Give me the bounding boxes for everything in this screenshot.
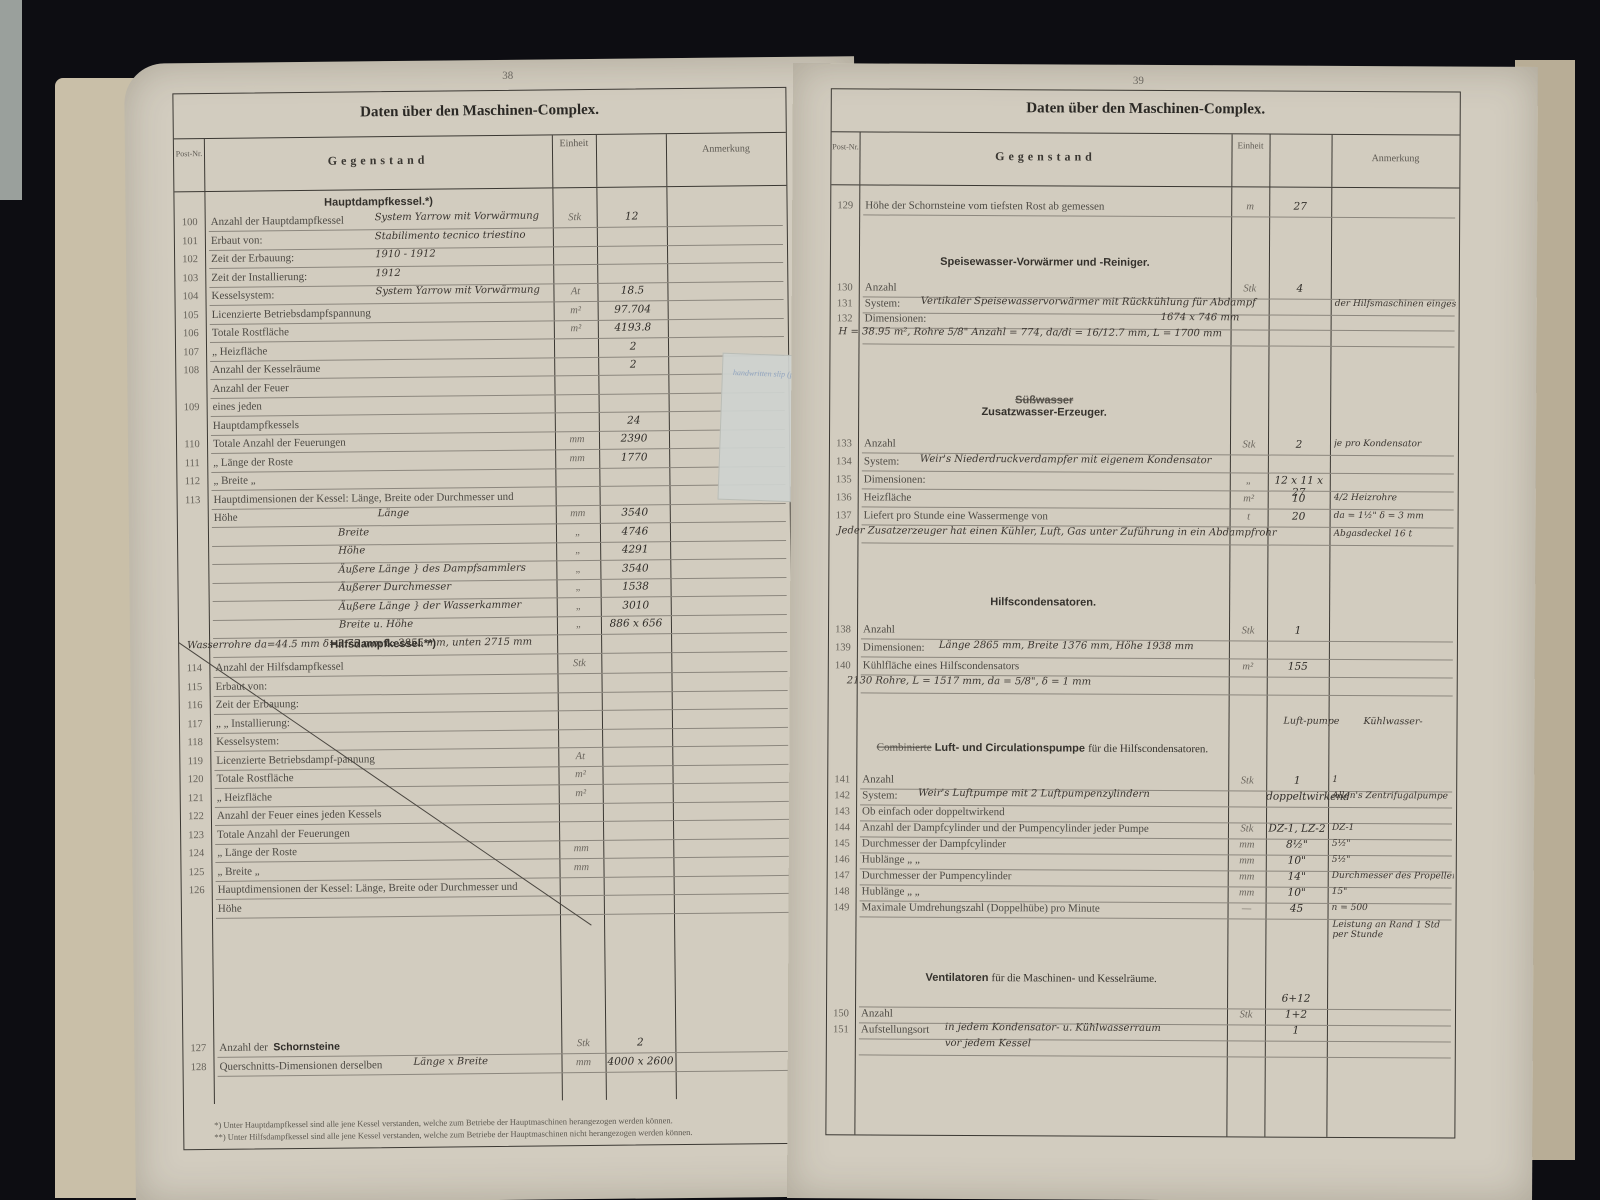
- unit-value: mm: [555, 434, 599, 445]
- post-number: 133: [830, 438, 858, 449]
- post-number: 144: [828, 822, 856, 833]
- unit-value: m²: [558, 769, 602, 780]
- item-label: eines jeden: [213, 400, 262, 413]
- handwritten-entry: Breite u. Höhe: [339, 619, 413, 631]
- unit-value: mm: [1228, 855, 1266, 866]
- entry-value: doppeltwirkend: [1266, 791, 1328, 803]
- remark-value: Abgasdeckel 16 t: [1333, 529, 1455, 540]
- item-label: Ob einfach oder doppeltwirkend: [862, 805, 1005, 818]
- item-label: Zeit der Erbauung:: [216, 698, 299, 711]
- handwritten-entry: Vertikaler Speisewasservorwärmer mit Rüc…: [921, 295, 1256, 308]
- entry-value: 8½": [1266, 839, 1328, 851]
- form-title: Daten über den Maschinen-Complex.: [832, 99, 1460, 119]
- post-number: 102: [175, 254, 205, 265]
- handwritten-entry: Äußerer Durchmesser: [338, 581, 451, 593]
- row-rule: [863, 343, 1455, 347]
- item-label: Heizfläche: [864, 491, 912, 503]
- handwritten-entry: 2130 Rohre, L = 1517 mm, da = 5/8", δ = …: [847, 675, 1091, 687]
- pump-col-kuehlwasser: Kühlwasser-: [1364, 716, 1423, 727]
- item-label: Dimensionen:: [863, 641, 925, 653]
- row-rule: [216, 911, 790, 918]
- post-number: 142: [828, 790, 856, 801]
- section-zusatzwasser: SüßwasserZusatzwasser-Erzeuger.: [858, 393, 1230, 419]
- post-number: 130: [831, 282, 859, 293]
- post-number: 125: [181, 866, 211, 877]
- item-label: Aufstellungsort: [861, 1023, 930, 1035]
- handwritten-entry: Breite: [338, 527, 369, 538]
- post-number: 145: [828, 838, 856, 849]
- post-number: 123: [181, 829, 211, 840]
- post-number: 100: [175, 217, 205, 228]
- handwritten-entry: Höhe: [338, 545, 365, 556]
- struck-text: Süßwasser: [1015, 394, 1073, 406]
- header-einheit: Einheit: [552, 138, 596, 149]
- post-number: 115: [180, 681, 210, 692]
- post-number: 124: [181, 848, 211, 859]
- post-number: 107: [176, 347, 206, 358]
- section-ventilatoren: Ventilatoren für die Maschinen- und Kess…: [855, 971, 1227, 985]
- entry-value: 3010: [601, 599, 671, 612]
- unit-value: „: [1230, 475, 1268, 486]
- entry-value: 2: [598, 358, 668, 371]
- item-label: Anzahl: [864, 437, 896, 449]
- item-label: Querschnitts-Dimensionen derselben: [219, 1059, 382, 1073]
- table-header: Post-Nr. Gegenstand Einheit Anmerkung: [174, 132, 787, 192]
- handwritten-entry: Länge x Breite: [413, 1056, 488, 1068]
- table-body: Hauptdampfkessel.*) 100Anzahl der Hauptd…: [174, 186, 796, 1104]
- item-label: Höhe der Schornsteine vom tiefsten Rost …: [865, 199, 1104, 212]
- form-frame: Daten über den Maschinen-Complex. Post-N…: [825, 88, 1460, 1138]
- post-number: 103: [175, 273, 205, 284]
- item-label: Hauptdampfkessels: [213, 419, 299, 432]
- page-number: 38: [502, 70, 513, 82]
- section-title: Luft- und Circulationspumpe: [935, 742, 1085, 755]
- entry-value: 2: [1268, 439, 1330, 451]
- form-title: Daten über den Maschinen-Complex.: [173, 100, 785, 123]
- row-rule: [859, 1054, 1451, 1058]
- section-pumpe: Combinierte Luft- und Circulationspumpe …: [856, 741, 1228, 755]
- entry-value: DZ-1, LZ-2: [1266, 823, 1328, 835]
- post-number: 141: [828, 774, 856, 785]
- post-number: 146: [828, 854, 856, 865]
- entry-value: 155: [1267, 661, 1329, 673]
- header-anmerkung: Anmerkung: [1331, 153, 1459, 165]
- item-label: Maximale Umdrehungszahl (Doppelhübe) pro…: [862, 901, 1100, 914]
- post-number: 114: [179, 663, 209, 674]
- post-number: 129: [831, 200, 859, 211]
- item-label: Hublänge „ „: [862, 853, 920, 865]
- remark-value: je pro Kondensator: [1334, 439, 1456, 450]
- entry-value: 10": [1266, 887, 1328, 899]
- handwritten-entry: Weir's Niederdruckverdampfer mit eigenem…: [920, 454, 1212, 467]
- entry-value: 1: [1265, 1025, 1327, 1037]
- post-number: 131: [831, 298, 859, 309]
- post-number: 148: [828, 886, 856, 897]
- unit-value: Stk: [1229, 625, 1267, 636]
- section-speisewasser: Speisewasser-Vorwärmer und -Reiniger.: [859, 255, 1231, 269]
- post-number: 140: [829, 660, 857, 671]
- unit-value: Stk: [557, 658, 601, 669]
- table-row: 2130 Rohre, L = 1517 mm, da = 5/8", δ = …: [829, 675, 1457, 696]
- item-label: Zeit der Installierung:: [211, 270, 307, 283]
- post-number: 118: [180, 737, 210, 748]
- unit-value: mm: [1228, 839, 1266, 850]
- unit-value: —: [1228, 903, 1266, 914]
- item-label: Hublänge „ „: [862, 885, 920, 897]
- remark-value: 15": [1332, 887, 1454, 898]
- entry-value: 4746: [600, 525, 670, 538]
- remark-value: da = 1½" δ = 3 mm: [1334, 511, 1456, 522]
- post-number: 104: [175, 291, 205, 302]
- post-number: 127: [183, 1043, 213, 1054]
- handwritten-entry: in jedem Kondensator- u. Kühlwasserraum: [945, 1022, 1161, 1034]
- entry-value: 10: [1268, 493, 1330, 505]
- section-title: Ventilatoren: [926, 972, 989, 984]
- post-number: 150: [827, 1008, 855, 1019]
- unit-value: m²: [554, 323, 598, 334]
- section-title: Speisewasser-Vorwärmer und -Reiniger.: [940, 256, 1150, 269]
- item-label: Anzahl: [865, 281, 897, 293]
- post-number: 101: [175, 236, 205, 247]
- handwritten-entry: Weir's Luftpumpe mit 2 Luftpumpenzylinde…: [918, 788, 1150, 800]
- unit-value: At: [558, 750, 602, 761]
- item-label: Kesselsystem:: [211, 289, 274, 302]
- item-label: Zeit der Erbauung:: [211, 252, 294, 265]
- entry-value: 1538: [600, 580, 670, 593]
- unit-value: Stk: [1228, 775, 1266, 786]
- unit-value: „: [557, 600, 601, 611]
- post-number: 147: [828, 870, 856, 881]
- table-row: 129Höhe der Schornsteine vom tiefsten Ro…: [831, 197, 1459, 218]
- entry-value: 20: [1268, 511, 1330, 523]
- handwritten-entry: System Yarrow mit Vorwärmung: [375, 285, 539, 298]
- item-label: Anzahl: [862, 773, 894, 785]
- header-post-nr: Post-Nr.: [832, 142, 860, 151]
- entry-value: 1: [1267, 625, 1329, 637]
- unit-value: mm: [555, 452, 599, 463]
- handwritten-entry: 1912: [375, 267, 401, 278]
- remark-value: 1: [1332, 775, 1454, 786]
- unit-value: mm: [1228, 887, 1266, 898]
- post-number: 126: [182, 885, 212, 896]
- section-title: Hilfscondensatoren.: [990, 596, 1096, 609]
- unit-value: Stk: [561, 1038, 605, 1049]
- section-title: Zusatzwasser-Erzeuger.: [981, 406, 1106, 419]
- entry-value: 24: [599, 414, 669, 427]
- unit-value: „: [557, 582, 601, 593]
- post-number: 121: [181, 792, 211, 803]
- unit-value: Stk: [1228, 823, 1266, 834]
- entry-value: 45: [1266, 903, 1328, 915]
- remark-value: Durchmesser des Propellers: [1332, 871, 1454, 882]
- section-hilfscondensatoren: Hilfscondensatoren.: [857, 595, 1229, 609]
- item-label: Erbaut von:: [211, 234, 263, 247]
- entry-value: 10": [1266, 855, 1328, 867]
- entry-value: 1: [1266, 775, 1328, 787]
- overflow-remark: Leistung an Rand 1 Std per Stunde: [1332, 920, 1452, 941]
- item-label-bold: Schornsteine: [273, 1041, 340, 1054]
- post-number: 111: [177, 458, 207, 469]
- table-row: vor jedem Kessel: [827, 1037, 1455, 1058]
- item-label: Totale Rostfläche: [212, 326, 289, 339]
- item-label: Totale Anzahl der Feuerungen: [217, 827, 350, 840]
- handwritten-entry: vor jedem Kessel: [945, 1038, 1031, 1049]
- remark-value: der Hilfsmaschinen eingespeist: [1335, 298, 1457, 309]
- post-number: 135: [830, 474, 858, 485]
- header-anmerkung: Anmerkung: [666, 143, 786, 155]
- row-rule: [863, 214, 1455, 218]
- post-number: 116: [180, 700, 210, 711]
- post-number: 149: [828, 902, 856, 913]
- item-label: Höhe: [218, 902, 242, 914]
- unit-value: m: [1231, 201, 1269, 212]
- item-label: System:: [865, 297, 901, 309]
- item-label: Totale Anzahl der Feuerungen: [213, 437, 346, 450]
- unit-value: „: [556, 563, 600, 574]
- handwritten-entry: Stabilimento tecnico triestino: [375, 229, 526, 242]
- item-label: Durchmesser der Pumpencylinder: [862, 869, 1012, 882]
- item-label: Totale Rostfläche: [216, 772, 293, 785]
- entry-value: 886 x 656: [601, 617, 671, 630]
- unit-value: Stk: [1227, 1009, 1265, 1020]
- entry-value: 1770: [599, 451, 669, 464]
- entry-value: 4000 x 2600: [605, 1055, 675, 1068]
- pump-col-luft: Luft-pumpe: [1284, 716, 1340, 727]
- handwritten-entry: H = 38.95 m², Rohre 5/8" Anzahl = 774, d…: [839, 326, 1223, 339]
- post-number: 137: [830, 510, 858, 521]
- unit-value: m²: [1230, 493, 1268, 504]
- item-label: Liefert pro Stunde eine Wassermenge von: [864, 509, 1048, 522]
- unit-value: m²: [1229, 661, 1267, 672]
- entry-value: 2: [598, 340, 668, 353]
- item-label: Dimensionen:: [865, 312, 927, 324]
- item-label: Anzahl der Hilfsdampfkessel: [215, 661, 343, 674]
- unit-value: „: [557, 619, 601, 630]
- post-number: 143: [828, 806, 856, 817]
- entry-value: 18.5: [597, 284, 667, 297]
- header-einheit: Einheit: [1232, 140, 1270, 150]
- post-number: 139: [829, 642, 857, 653]
- item-label: Hauptdimensionen der Kessel: Länge, Brei…: [214, 490, 514, 505]
- item-label: Anzahl der Hauptdampfkessel: [211, 215, 344, 228]
- remark-value: DZ-1: [1332, 823, 1454, 834]
- post-number: 128: [184, 1061, 214, 1072]
- entry-value: 12: [597, 210, 667, 223]
- item-label: „ Länge der Roste: [213, 456, 293, 469]
- left-page: 38 Daten über den Maschinen-Complex. Pos…: [124, 56, 866, 1200]
- unit-value: Stk: [1230, 439, 1268, 450]
- table-row: H = 38.95 m², Rohre 5/8" Anzahl = 774, d…: [831, 326, 1459, 347]
- item-label: Kesselsystem:: [216, 735, 279, 748]
- item-label: „ Breite „: [213, 474, 255, 486]
- item-label: Kühlfläche eines Hilfscondensators: [863, 659, 1019, 672]
- footnotes: *) Unter Hauptdampfkessel sind alle jene…: [214, 1113, 786, 1143]
- remark-value: 5½": [1332, 855, 1454, 866]
- post-number: 120: [180, 774, 210, 785]
- form-frame: Daten über den Maschinen-Complex. Post-N…: [172, 87, 797, 1150]
- item-label: „ Breite „: [217, 865, 259, 877]
- item-label: „ Länge der Roste: [217, 846, 297, 859]
- item-label: Licenzierte Betriebsdampfspannung: [212, 307, 371, 321]
- remark-value: Allen's Zentrifugalpumpe: [1332, 791, 1454, 802]
- handwritten-entry: Länge 2865 mm, Breite 1376 mm, Höhe 1938…: [939, 640, 1194, 652]
- entry-value: 27: [1269, 201, 1331, 213]
- item-label: Höhe: [214, 512, 238, 524]
- unit-value: mm: [561, 1056, 605, 1067]
- row-rule: [861, 542, 1453, 546]
- item-label: Anzahl der Kesselräume: [212, 363, 320, 376]
- entry-value: 97.704: [598, 303, 668, 316]
- handwritten-entry: Äußere Länge } des Dampfsammlers: [338, 562, 526, 575]
- unit-value: mm: [559, 843, 603, 854]
- item-label: Anzahl der Feuer eines jeden Kessels: [217, 808, 382, 822]
- handwritten-entry: Länge: [378, 508, 409, 519]
- right-page: 39 Daten über den Maschinen-Complex. Pos…: [787, 63, 1538, 1200]
- item-label: „ Heizfläche: [217, 791, 272, 804]
- post-number: 112: [177, 476, 207, 487]
- header-gegenstand: Gegenstand: [204, 151, 552, 170]
- unit-value: t: [1230, 511, 1268, 522]
- post-number: 113: [178, 495, 208, 506]
- remark-value: n = 500: [1332, 903, 1454, 914]
- unit-value: mm: [556, 508, 600, 519]
- entry-value: 2: [605, 1036, 675, 1049]
- header-post-nr: Post-Nr.: [174, 149, 204, 158]
- handwritten-entry: System Yarrow mit Vorwärmung: [375, 211, 539, 224]
- post-number: 138: [829, 624, 857, 635]
- post-number: 134: [830, 456, 858, 467]
- item-label: System:: [862, 789, 898, 801]
- remark-value: 5½": [1332, 839, 1454, 850]
- item-label: „ Heizfläche: [212, 345, 267, 358]
- item-label: Anzahl: [863, 623, 895, 635]
- unit-value: At: [553, 286, 597, 297]
- section-subtitle: für die Hilfscondensatoren.: [1088, 743, 1208, 756]
- row-rule: [861, 692, 1453, 696]
- post-number: 136: [830, 492, 858, 503]
- entry-value: 4291: [600, 543, 670, 556]
- section-subtitle: für die Maschinen- und Kesselräume.: [992, 972, 1157, 985]
- open-book: 38 Daten über den Maschinen-Complex. Pos…: [55, 60, 1575, 1200]
- item-label: „ „ Installierung:: [216, 717, 290, 730]
- unit-value: „: [556, 545, 600, 556]
- item-label: Anzahl der Feuer: [212, 382, 288, 395]
- table-body: 129Höhe der Schornsteine vom tiefsten Ro…: [826, 185, 1459, 1137]
- table-row: 149Maximale Umdrehungszahl (Doppelhübe) …: [828, 899, 1456, 920]
- unit-value: Stk: [1231, 283, 1269, 294]
- unit-value: m²: [554, 304, 598, 315]
- table-row: Jeder Zusatzerzeuger hat einen Kühler, L…: [829, 525, 1457, 546]
- post-number: 132: [831, 313, 859, 324]
- item-label: Durchmesser der Dampfcylinder: [862, 837, 1006, 850]
- entry-value: 3540: [600, 506, 670, 519]
- entry-value: 4: [1269, 283, 1331, 295]
- unit-value: m²: [559, 787, 603, 798]
- item-label: Hauptdimensionen der Kessel: Länge, Brei…: [218, 881, 518, 896]
- handwritten-entry: Jeder Zusatzerzeuger hat einen Kühler, L…: [837, 525, 1276, 538]
- item-label: Anzahl der: [219, 1041, 268, 1054]
- page-number: 39: [1133, 75, 1144, 87]
- entry-value: 2390: [599, 432, 669, 445]
- entry-value: 1+2: [1265, 1009, 1327, 1021]
- item-label: Anzahl: [861, 1007, 893, 1019]
- section-hauptdampfkessel: Hauptdampfkessel.*): [204, 194, 552, 210]
- entry-value: 6+12: [1265, 993, 1327, 1005]
- remark-value: 4/2 Heizrohre: [1334, 493, 1456, 504]
- handwritten-entry: Äußere Länge } der Wasserkammer: [339, 599, 522, 612]
- item-label: System:: [864, 455, 900, 467]
- struck-text: Combinierte: [877, 742, 932, 754]
- unit-value: Stk: [553, 212, 597, 223]
- entry-value: 3540: [600, 562, 670, 575]
- post-number: 109: [177, 402, 207, 413]
- background-object: [0, 0, 22, 200]
- post-number: 117: [180, 718, 210, 729]
- header-gegenstand: Gegenstand: [859, 148, 1231, 165]
- entry-value: 4193.8: [598, 321, 668, 334]
- post-number: 108: [176, 365, 206, 376]
- item-label: Anzahl der Dampfcylinder und der Pumpenc…: [862, 821, 1149, 835]
- item-label: Dimensionen:: [864, 473, 926, 485]
- post-number: 122: [181, 811, 211, 822]
- post-number: 110: [177, 439, 207, 450]
- unit-value: „: [556, 526, 600, 537]
- post-number: 105: [176, 310, 206, 321]
- handwritten-entry: 1910 - 1912: [375, 249, 436, 261]
- post-number: 151: [827, 1024, 855, 1035]
- handwritten-entry: 1674 x 746 mm: [1161, 312, 1240, 323]
- post-number: 106: [176, 328, 206, 339]
- unit-value: mm: [559, 861, 603, 872]
- entry-value: 14": [1266, 871, 1328, 883]
- post-number: 119: [180, 755, 210, 766]
- unit-value: mm: [1228, 871, 1266, 882]
- table-header: Post-Nr. Gegenstand Einheit Anmerkung: [831, 131, 1459, 188]
